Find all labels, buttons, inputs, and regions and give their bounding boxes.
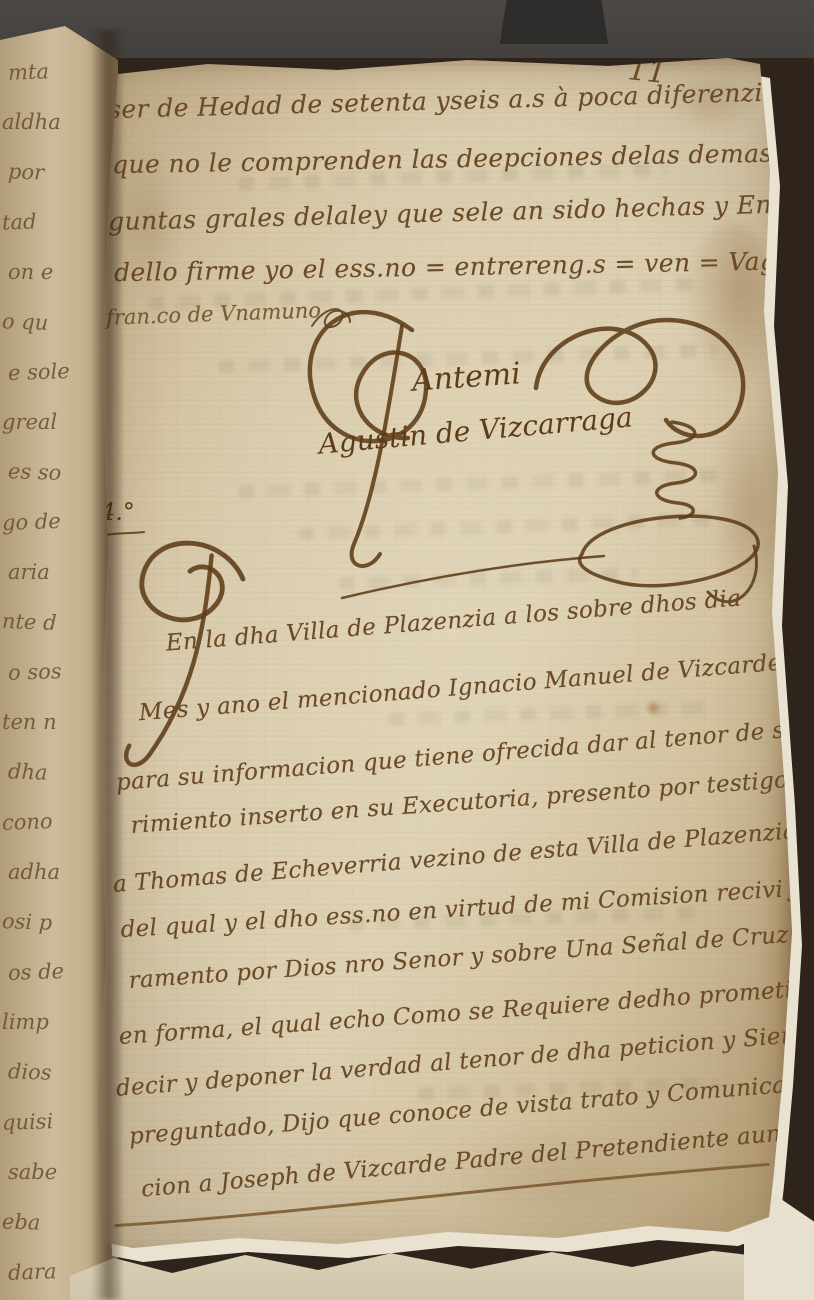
gutter-fragment: eba	[2, 1209, 41, 1234]
gutter-fragment: aria	[8, 560, 50, 584]
gutter-fragment: o sos	[8, 659, 62, 685]
manuscript-line: dello firme yo el ess.no = entrereng.s =…	[114, 246, 814, 287]
manuscript-line: que no le comprenden las deepciones dela…	[112, 138, 814, 179]
gutter-fragment: os de	[8, 959, 65, 985]
backdrop-top-strip	[0, 0, 814, 58]
gutter-fragment: e sole	[8, 359, 70, 385]
book-cradle-clamp	[500, 0, 608, 44]
manuscript-line: ser de Hedad de setenta yseis a.s à poca…	[108, 77, 802, 124]
ghost-bleedthrough	[388, 701, 708, 725]
archive-photo: mtaaldhaportadon eo que solegreales sogo…	[0, 0, 814, 1300]
bottom-rule-flourish-icon	[102, 1150, 782, 1240]
gutter-fragment: nte d	[2, 609, 57, 635]
gutter-fragment: quisi	[2, 1109, 54, 1135]
gutter-fragment: aldha	[2, 110, 61, 134]
gutter-fragment: on e	[8, 260, 53, 284]
gutter-fragment: es so	[8, 459, 62, 485]
gutter-fragment: limp	[2, 1010, 49, 1034]
gutter-fragment: tad	[2, 209, 37, 234]
gutter-fragment: cono	[2, 809, 53, 835]
drop-cap-initial-icon	[96, 528, 286, 783]
gutter-fragment: adha	[8, 860, 60, 884]
manuscript-line: guntas grales delaley que sele an sido h…	[108, 189, 813, 236]
gutter-fragment: mta	[8, 59, 50, 84]
gutter-fragment: go de	[2, 509, 61, 535]
gutter-fragment: greal	[2, 410, 57, 434]
gutter-fragment: ten n	[2, 710, 57, 734]
gutter-fragment: dios	[8, 1059, 52, 1085]
gutter-fragment: o qu	[2, 309, 49, 335]
gutter-fragment: sabe	[8, 1160, 57, 1184]
gutter-fragment: osi p	[2, 909, 53, 935]
gutter-fragment: dha	[8, 759, 48, 784]
gutter-fragment: por	[8, 159, 45, 184]
gutter-fragment: dara	[8, 1259, 57, 1285]
manuscript-page: 11 ser de Hedad de setenta yseis a.s à p…	[88, 52, 794, 1268]
